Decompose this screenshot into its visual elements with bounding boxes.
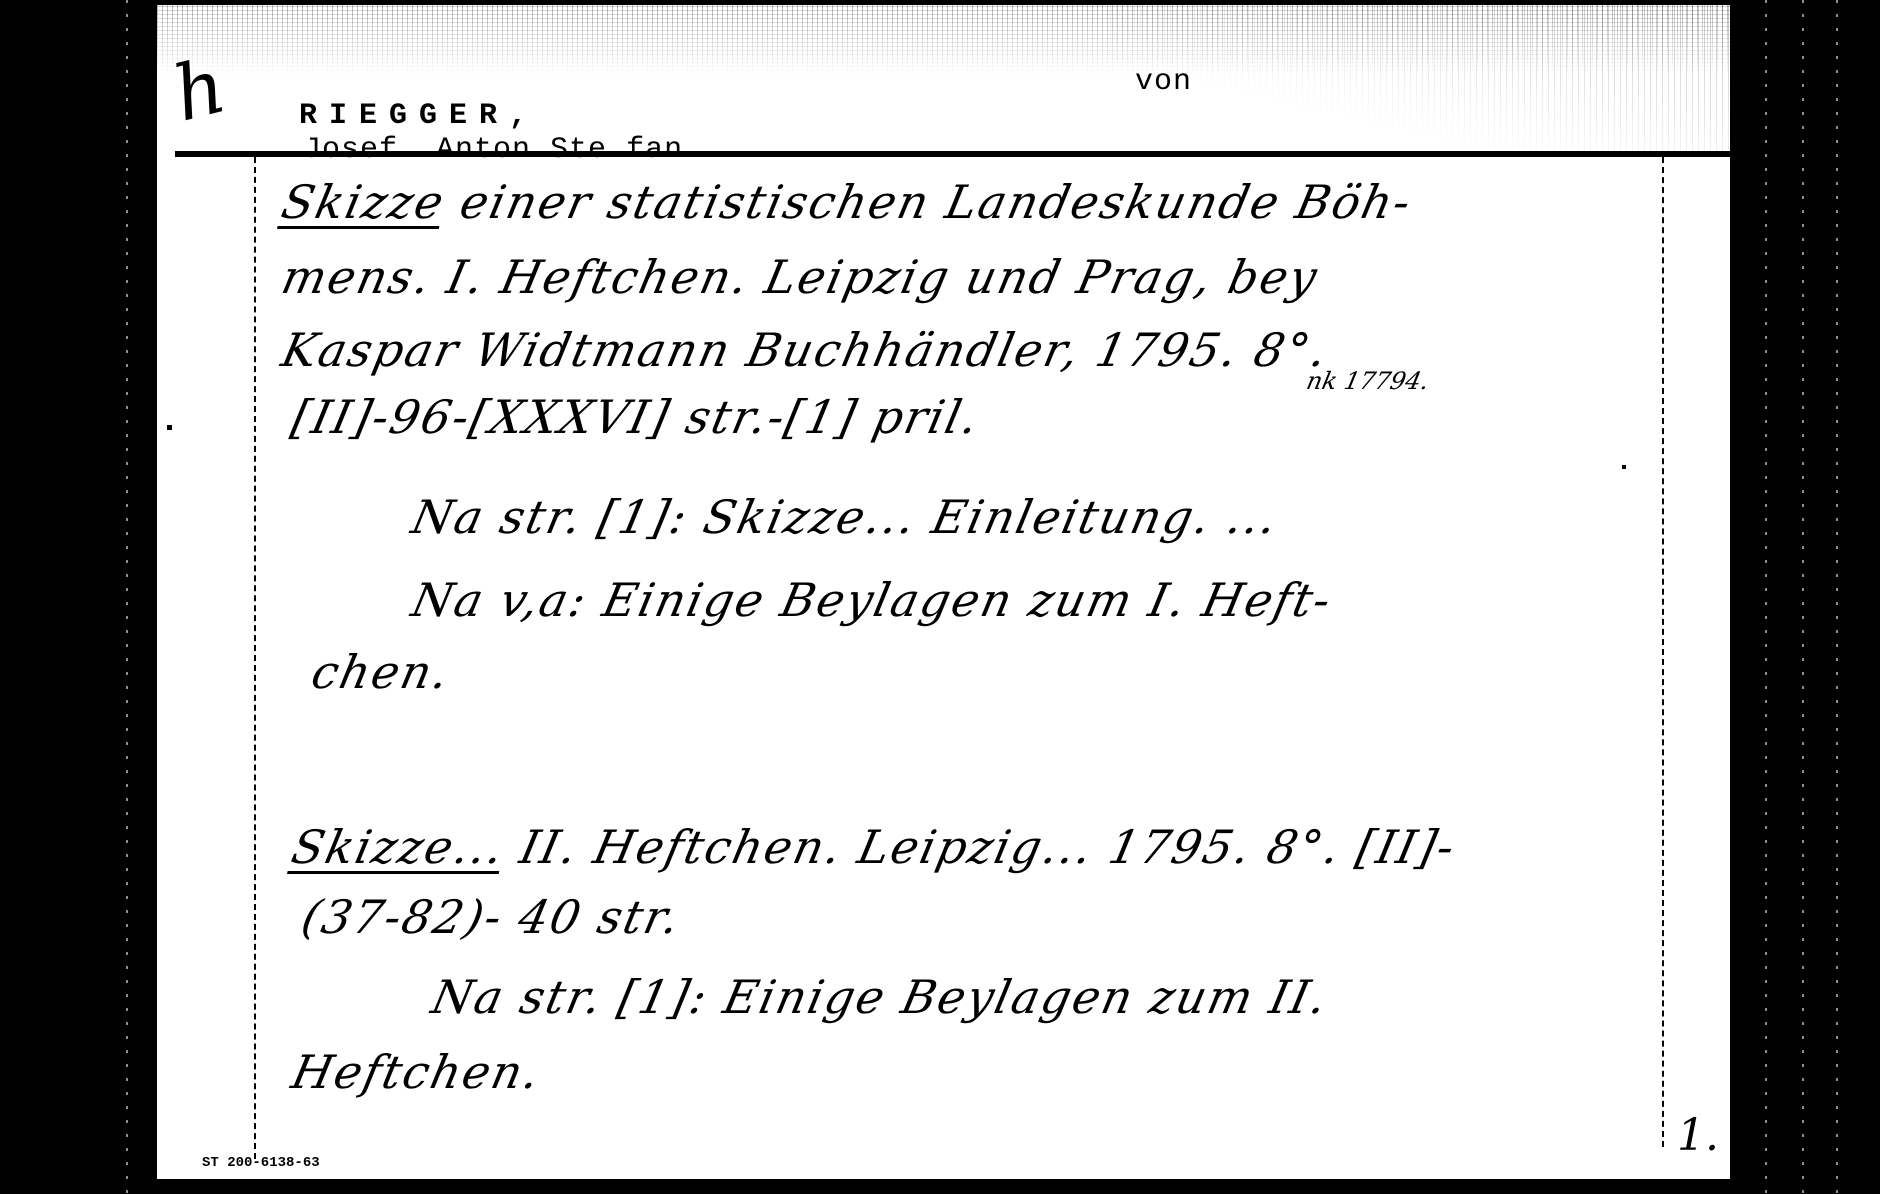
scan-noise <box>1110 5 1730 155</box>
scan-artifact <box>1765 0 1767 1194</box>
left-margin-line <box>254 157 256 1159</box>
entry-2-line-2: (37-82)- 40 str. <box>297 890 686 944</box>
entry-1-line-2: mens. I. Heftchen. Leipzig und Prag, bey <box>277 250 1324 304</box>
author-given-names: Josef Anton Ste fan <box>303 133 683 167</box>
entry-2-note-2: Heftchen. <box>287 1045 546 1099</box>
entry-2-line-1: Skizze... II. Heftchen. Leipzig... 1795.… <box>287 820 1461 874</box>
scan-artifact <box>1802 0 1804 1194</box>
author-particle: von <box>1135 65 1192 99</box>
entry-2-title-word: Skizze... <box>287 820 510 874</box>
entry-1-note-3: chen. <box>307 645 455 699</box>
entry-1-title-word: Skizze <box>277 175 450 229</box>
author-surname: RIEGGER, <box>299 99 539 133</box>
entry-2-note-1: Na str. [1]: Einige Beylagen zum II. <box>427 970 1333 1024</box>
scan-speck <box>1622 465 1626 469</box>
scan-speck <box>167 425 172 430</box>
scan-artifact <box>1836 0 1838 1194</box>
entry-2-line-1-rest: II. Heftchen. Leipzig... 1795. 8°. [II]- <box>499 820 1461 874</box>
card-sequence-number: 1. <box>1677 1110 1719 1161</box>
entry-1-annotation: nk 17794. <box>1304 367 1432 395</box>
entry-1-line-1-rest: einer statistischen Landeskunde Böh- <box>439 175 1417 229</box>
entry-1-line-1: Skizze einer statistischen Landeskunde B… <box>277 175 1417 229</box>
entry-1-line-4: [II]-96-[XXXVI] str.-[1] pril. <box>287 390 985 444</box>
header-rule <box>175 151 1730 157</box>
right-margin-line <box>1662 157 1664 1147</box>
form-number: ST 200-6138-63 <box>202 1155 320 1171</box>
entry-1-line-3: Kaspar Widtmann Buchhändler, 1795. 8°. <box>277 323 1334 377</box>
catalog-card: h RIEGGER, Josef Anton Ste fan von Skizz… <box>157 5 1730 1179</box>
entry-1-note-1: Na str. [1]: Skizze... Einleitung. ... <box>407 490 1283 544</box>
entry-1-note-2: Na v,a: Einige Beylagen zum I. Heft- <box>407 573 1337 627</box>
scan-artifact <box>126 0 128 1194</box>
